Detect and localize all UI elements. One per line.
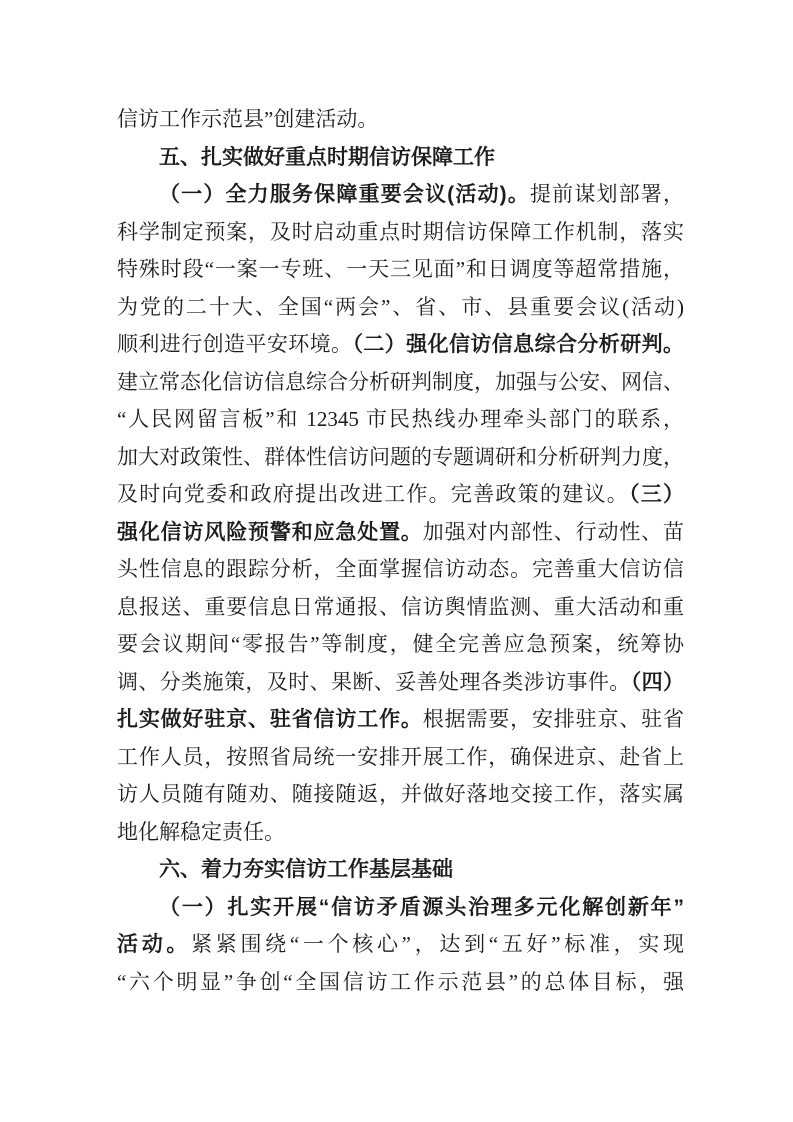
text-run: 要会议期间“零报告”等制度，健全完善应急预案，统筹协 — [117, 632, 684, 656]
text-line: 加大对政策性、群体性信访问题的专题调研和分析研判力度， — [117, 439, 684, 477]
text-run: 信访工作示范县”创建活动。 — [117, 107, 378, 131]
text-run: 提前谋划部署， — [530, 182, 684, 206]
text-run-bold: （二）强化信访信息综合分析研判。 — [352, 333, 684, 356]
text-line: “六个明显”争创“全国信访工作示范县”的总体目标，强 — [117, 964, 684, 1002]
text-run: 特殊时段“一案一专班、一天三见面”和日调度等超常措施， — [117, 257, 684, 281]
text-line: 强化信访风险预警和应急处置。加强对内部性、行动性、苗 — [117, 514, 684, 552]
text-run-bold: 强化信访风险预警和应急处置。 — [117, 521, 423, 544]
text-run: 顺利进行创造平安环境。 — [117, 332, 352, 356]
text-run: 工作人员，按照省局统一安排开展工作，确保进京、赴省上 — [117, 745, 684, 769]
text-run-bold: 五、扎实做好重点时期信访保障工作 — [159, 146, 495, 169]
text-line: （一）扎实开展“信访矛盾源头治理多元化解创新年” — [117, 889, 684, 927]
text-run: 息报送、重要信息日常通报、信访舆情监测、重大活动和重 — [117, 595, 684, 619]
text-run: 地化解稳定责任。 — [117, 820, 285, 844]
text-line: 特殊时段“一案一专班、一天三见面”和日调度等超常措施， — [117, 251, 684, 289]
text-line: 调、分类施策，及时、果断、妥善处理各类涉访事件。（四） — [117, 664, 684, 702]
text-run-bold: （三） — [629, 483, 684, 506]
text-line: 活动。紧紧围绕“一个核心”，达到“五好”标准，实现 — [117, 926, 684, 964]
text-run-bold: 六、着力夯实信访工作基层基础 — [159, 858, 453, 881]
text-run-bold: （一）扎实开展“信访矛盾源头治理多元化解创新年” — [159, 896, 684, 919]
text-line: “人民网留言板”和 12345 市民热线办理牵头部门的联系， — [117, 401, 684, 439]
text-run: 加强对内部性、行动性、苗 — [423, 520, 684, 544]
text-run: 访人员随有随劝、随接随返，并做好落地交接工作，落实属 — [117, 782, 684, 806]
text-run: 根据需要，安排驻京、驻省 — [423, 707, 684, 731]
text-run: 紧紧围绕“一个核心”，达到“五好”标准，实现 — [191, 932, 684, 956]
text-line: 信访工作示范县”创建活动。 — [117, 101, 684, 139]
text-run: 加大对政策性、群体性信访问题的专题调研和分析研判力度， — [117, 445, 684, 469]
document-page: 信访工作示范县”创建活动。五、扎实做好重点时期信访保障工作（一）全力服务保障重要… — [0, 0, 793, 1122]
text-run-bold: （一）全力服务保障重要会议(活动)。 — [159, 183, 530, 206]
text-line: 科学制定预案，及时启动重点时期信访保障工作机制，落实 — [117, 214, 684, 252]
text-run: 头性信息的跟踪分析，全面掌握信访动态。完善重大信访信 — [117, 557, 684, 581]
text-run: 建立常态化信访信息综合分析研判制度，加强与公安、网信、 — [117, 370, 684, 394]
text-line: 工作人员，按照省局统一安排开展工作，确保进京、赴省上 — [117, 739, 684, 777]
text-run-bold: 扎实做好驻京、驻省信访工作。 — [117, 708, 423, 731]
text-line: 扎实做好驻京、驻省信访工作。根据需要，安排驻京、驻省 — [117, 701, 684, 739]
text-line: 为党的二十大、全国“两会”、省、市、县重要会议(活动) — [117, 289, 684, 327]
text-run: 及时向党委和政府提出改进工作。完善政策的建议。 — [117, 482, 629, 506]
document-body: 信访工作示范县”创建活动。五、扎实做好重点时期信访保障工作（一）全力服务保障重要… — [117, 101, 684, 1001]
text-line: 要会议期间“零报告”等制度，健全完善应急预案，统筹协 — [117, 626, 684, 664]
text-line: 顺利进行创造平安环境。（二）强化信访信息综合分析研判。 — [117, 326, 684, 364]
text-run: “六个明显”争创“全国信访工作示范县”的总体目标，强 — [117, 970, 684, 994]
text-line: 及时向党委和政府提出改进工作。完善政策的建议。（三） — [117, 476, 684, 514]
text-line: 头性信息的跟踪分析，全面掌握信访动态。完善重大信访信 — [117, 551, 684, 589]
text-line: 访人员随有随劝、随接随返，并做好落地交接工作，落实属 — [117, 776, 684, 814]
text-run: 科学制定预案，及时启动重点时期信访保障工作机制，落实 — [117, 220, 684, 244]
text-run: 为党的二十大、全国“两会”、省、市、县重要会议(活动) — [117, 295, 684, 319]
text-line: 建立常态化信访信息综合分析研判制度，加强与公安、网信、 — [117, 364, 684, 402]
text-run: 调、分类施策，及时、果断、妥善处理各类涉访事件。 — [117, 670, 631, 694]
text-line: （一）全力服务保障重要会议(活动)。提前谋划部署， — [117, 176, 684, 214]
text-line: 五、扎实做好重点时期信访保障工作 — [117, 139, 684, 177]
text-line: 六、着力夯实信访工作基层基础 — [117, 851, 684, 889]
text-run-bold: 活动。 — [117, 933, 191, 956]
text-line: 息报送、重要信息日常通报、信访舆情监测、重大活动和重 — [117, 589, 684, 627]
text-line: 地化解稳定责任。 — [117, 814, 684, 852]
text-run: “人民网留言板”和 12345 市民热线办理牵头部门的联系， — [117, 407, 684, 431]
text-run-bold: （四） — [631, 671, 684, 694]
